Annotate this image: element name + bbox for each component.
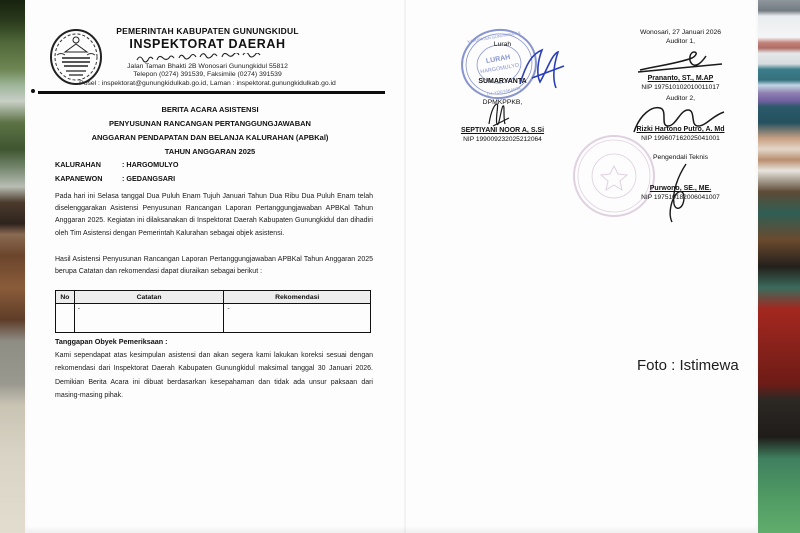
identity-kalurahan-row: KALURAHAN : HARGOMULYO (55, 158, 375, 172)
table-cell-rekomendasi: - (224, 304, 371, 333)
response-heading: Tanggapan Obyek Pemeriksaan : (55, 337, 373, 346)
response-paragraph: Kami sependapat atas kesimpulan asistens… (55, 349, 373, 403)
document-title-line3: ANGGARAN PENDAPATAN DAN BELANJA KALURAHA… (40, 131, 380, 145)
dpmkppkb-signature-space (440, 107, 565, 126)
background-photo-left-strip (0, 0, 26, 533)
auditor1-role-label: Auditor 1, (618, 37, 743, 46)
signature-column-kalurahan: Lurah SUMARYANTA DPMKPPKB, SEPTIYANI NOO… (440, 40, 565, 144)
letterhead-office: INSPEKTORAT DAERAH (40, 37, 375, 51)
auditor2-name: Rizki Hartono Putro, A. Md (618, 125, 743, 134)
identity-kapanewon-row: KAPANEWON : GEDANGSARI (55, 172, 375, 186)
kalurahan-label: KALURAHAN (55, 158, 122, 172)
lurah-signature-space (440, 49, 565, 77)
document-title-block: BERITA ACARA ASISTENSI PENYUSUNAN RANCAN… (40, 103, 380, 159)
photo-credit-caption: Foto : Istimewa (637, 357, 762, 374)
letterhead-address: Jalan Taman Bhakti 2B Wonosari Gunungkid… (40, 63, 375, 71)
auditor1-nip: NIP 197510102010011017 (618, 83, 743, 92)
javanese-script-line (40, 51, 375, 63)
screenshot-stage: PEMERINTAH KABUPATEN GUNUNGKIDUL INSPEKT… (0, 0, 800, 533)
letterhead-government: PEMERINTAH KABUPATEN GUNUNGKIDUL (40, 26, 375, 36)
document-title-line1: BERITA ACARA ASISTENSI (40, 103, 380, 117)
kapanewon-label: KAPANEWON (55, 172, 122, 186)
table-cell-no (56, 304, 75, 333)
pengendali-signature-space (618, 162, 743, 184)
result-paragraph: Hasil Asistensi Penyusunan Rancangan Lap… (55, 254, 373, 278)
table-row: - - (56, 304, 371, 333)
dpmkppkb-role-label: DPMKPPKB, (440, 98, 565, 107)
opening-paragraph: Pada hari ini Selasa tanggal Dua Puluh E… (55, 191, 373, 240)
catatan-rekomendasi-table: No Catatan Rekomendasi - - (55, 290, 371, 333)
signature-column-auditors: Wonosari, 27 Januari 2026 Auditor 1, Pra… (618, 28, 743, 202)
background-photo-right-strip (758, 0, 800, 533)
letterhead-contact: Posel : inspektorat@gunungkidulkab.go.id… (40, 80, 375, 88)
auditor1-name: Prananto, ST., M.AP (618, 74, 743, 83)
auditor1-signature-space (618, 46, 743, 74)
dpmkppkb-nip: NIP 199009232025212064 (440, 135, 565, 144)
kalurahan-value: : HARGOMULYO (122, 158, 178, 172)
letterhead-rule-dot (31, 89, 35, 93)
place-date: Wonosari, 27 Januari 2026 (618, 28, 743, 37)
pengendali-nip: NIP 197510182006041007 (618, 193, 743, 202)
identity-block: KALURAHAN : HARGOMULYO KAPANEWON : GEDAN… (55, 158, 375, 185)
pengendali-name: Purwono, SE., ME. (618, 184, 743, 193)
table-cell-catatan: - (74, 304, 224, 333)
document-title-line2: PENYUSUNAN RANCANGAN PERTANGGUNGJAWABAN (40, 117, 380, 131)
letterhead-rule (38, 91, 385, 94)
kapanewon-value: : GEDANGSARI (122, 172, 175, 186)
document-fold-seam (404, 0, 406, 533)
letterhead: PEMERINTAH KABUPATEN GUNUNGKIDUL INSPEKT… (40, 26, 375, 88)
table-header-rekomendasi: Rekomendasi (224, 291, 371, 304)
table-header-catatan: Catatan (74, 291, 224, 304)
lurah-role-label: Lurah (440, 40, 565, 49)
letterhead-phone: Telepon (0274) 391539, Faksimile (0274) … (40, 71, 375, 79)
table-header-row: No Catatan Rekomendasi (56, 291, 371, 304)
document-title-line4: TAHUN ANGGARAN 2025 (40, 145, 380, 159)
auditor2-nip: NIP 199607162025041001 (618, 134, 743, 143)
lurah-name: SUMARYANTA (440, 77, 565, 86)
pengendali-role-label: Pengendali Teknis (618, 153, 743, 162)
table-header-no: No (56, 291, 75, 304)
dpmkppkb-name: SEPTIYANI NOOR A, S.Si (440, 126, 565, 135)
auditor2-role-label: Auditor 2, (618, 94, 743, 103)
auditor2-signature-space (618, 103, 743, 125)
